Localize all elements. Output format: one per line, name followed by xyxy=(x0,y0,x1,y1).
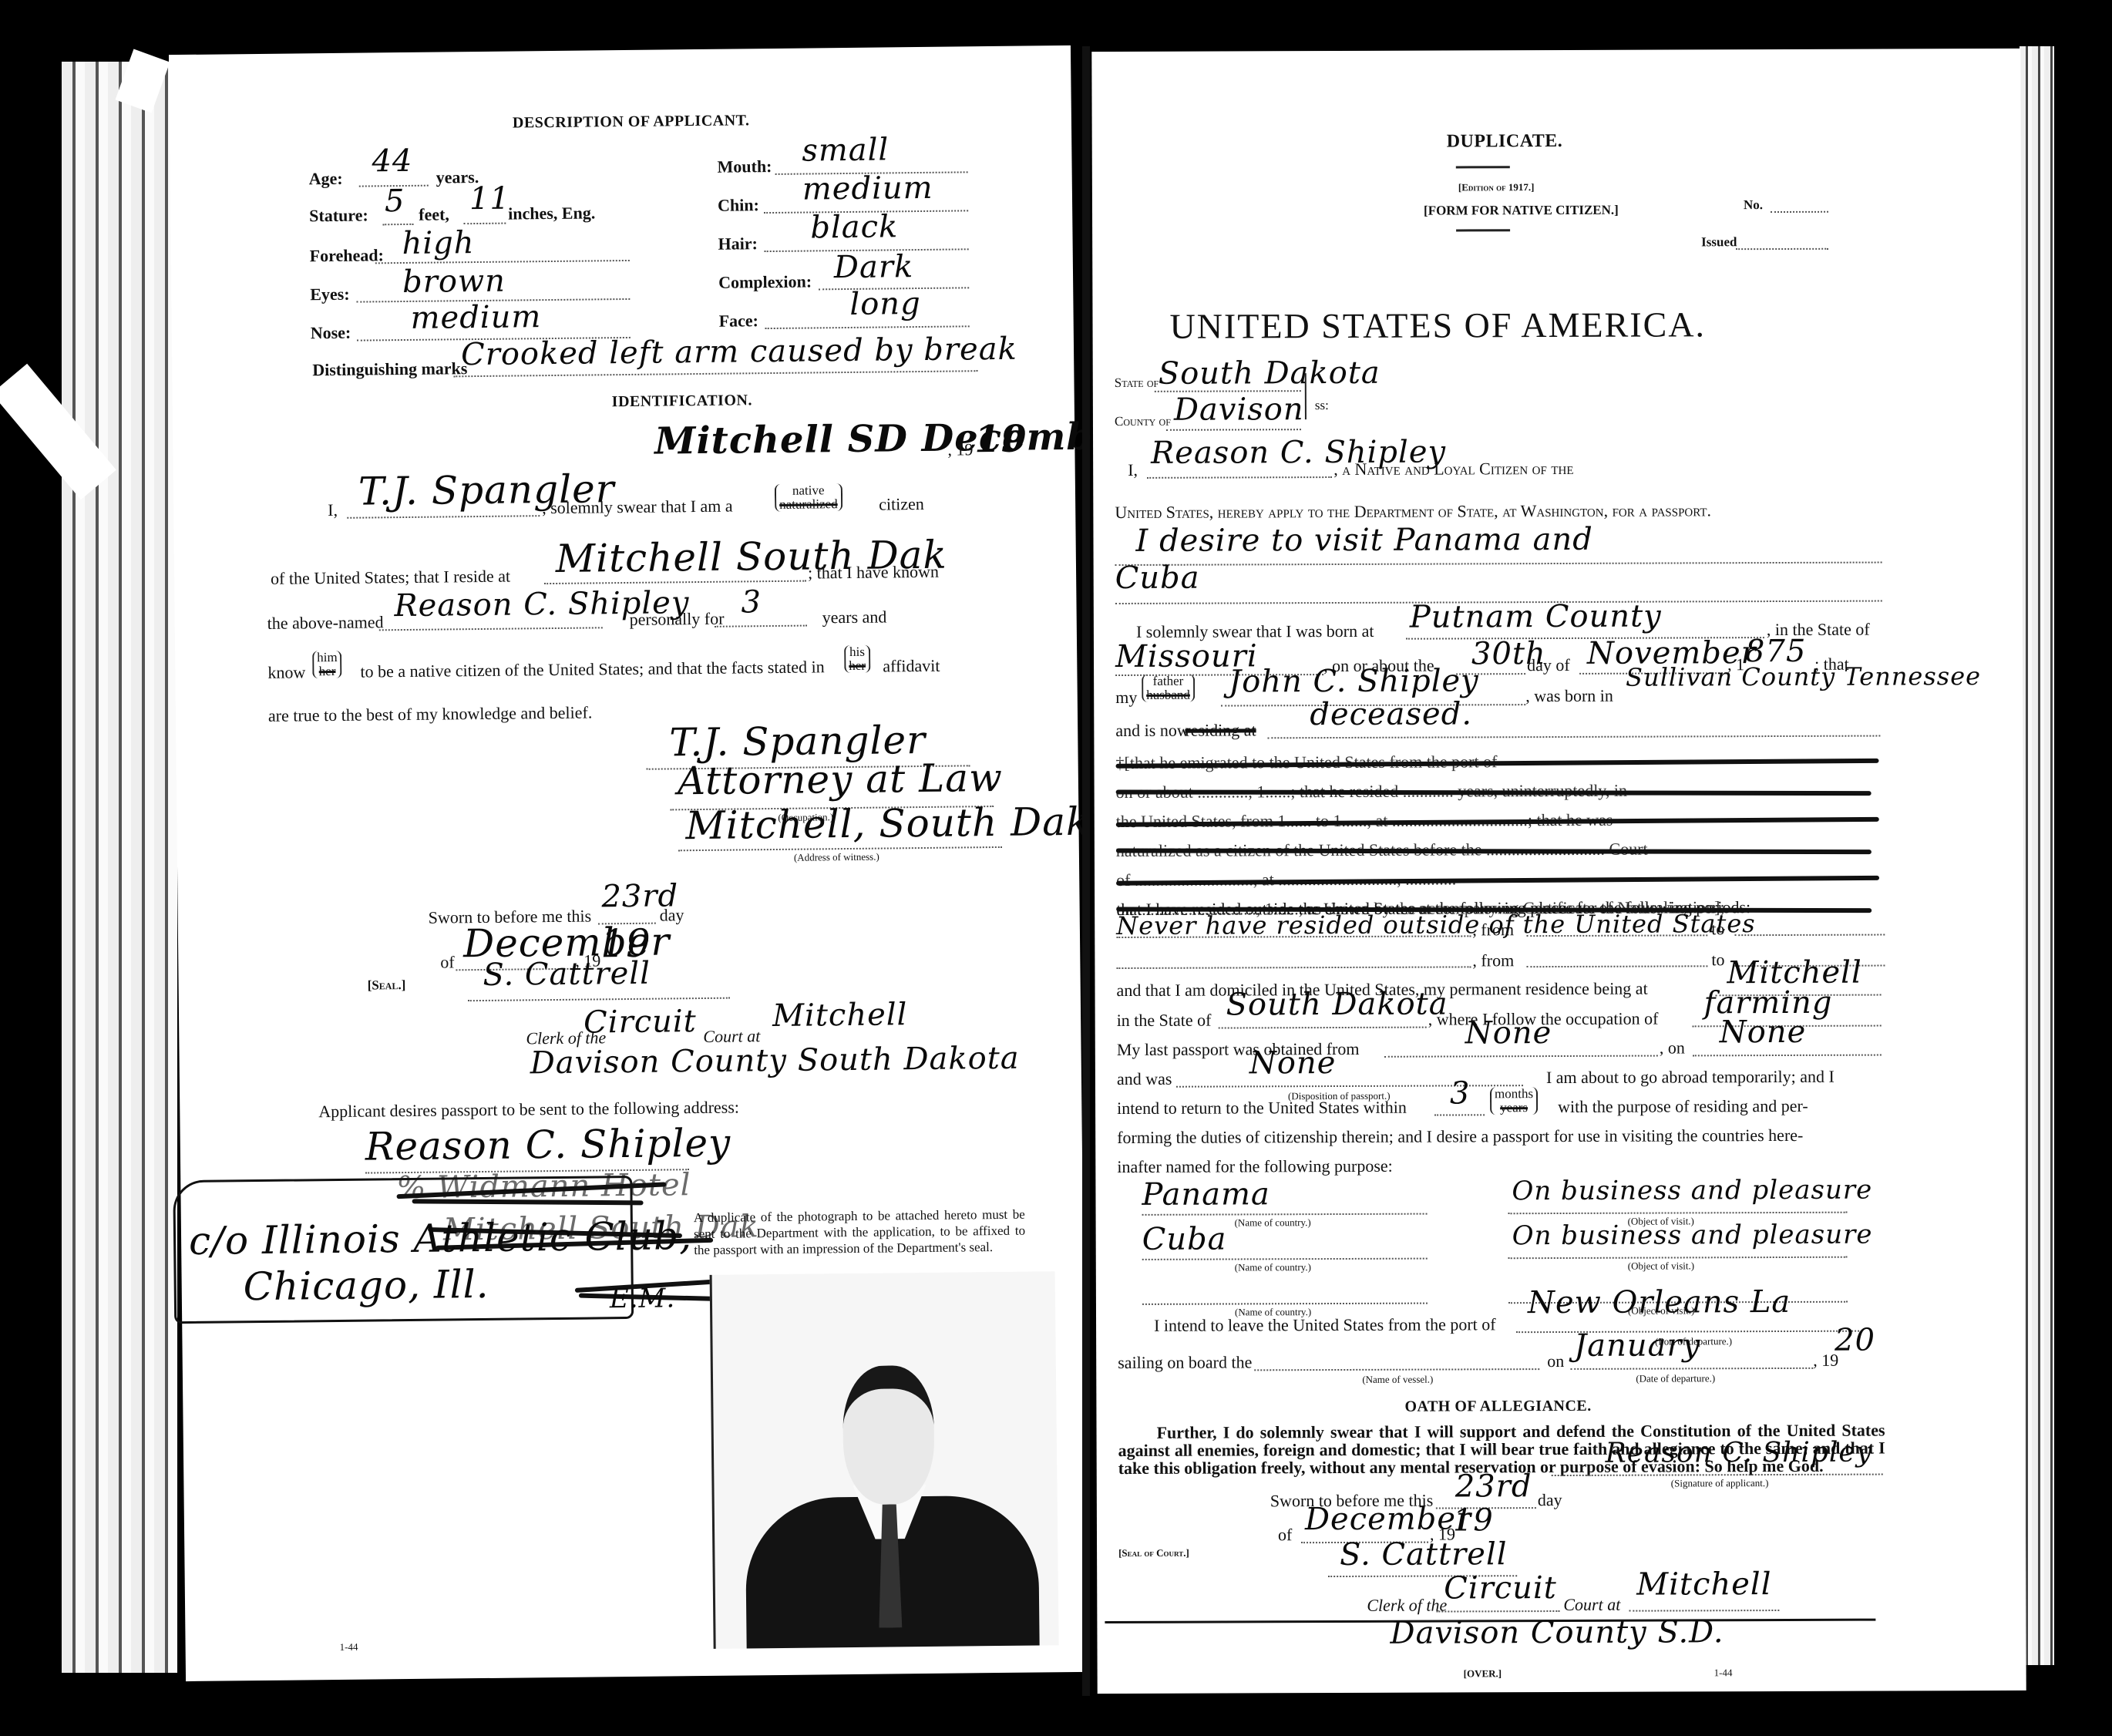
edition-label: [Edition of 1917.] xyxy=(1458,181,1535,193)
above-named-label: the above-named xyxy=(267,612,384,634)
new-address-line-2[interactable]: Chicago, Ill. xyxy=(243,1262,489,1309)
object-field[interactable]: On business and pleasure xyxy=(1512,1220,1873,1252)
from-word-2: , from xyxy=(1472,950,1514,971)
form-type-label: [FORM FOR NATIVE CITIZEN.] xyxy=(1424,203,1619,219)
seal-of-court-label: [Seal of Court.] xyxy=(1118,1547,1189,1559)
inches-label: inches, Eng. xyxy=(508,203,595,224)
age-field[interactable]: 44 xyxy=(372,143,412,180)
return-prefix: intend to return to the United States wi… xyxy=(1117,1098,1407,1119)
date-caption: (Date of departure.) xyxy=(1636,1372,1715,1384)
country-field[interactable]: Cuba xyxy=(1142,1222,1227,1257)
residence-suffix: ; that I have known xyxy=(808,562,939,584)
identification-heading: IDENTIFICATION. xyxy=(612,392,752,411)
and-was-label: and was xyxy=(1117,1069,1172,1089)
purpose-line-2[interactable]: Cuba xyxy=(1115,560,1200,596)
to-word-1: to xyxy=(1711,919,1724,939)
court-county-field-right[interactable]: Davison County S.D. xyxy=(1390,1614,1724,1651)
swear-text: , solemnly swear that I am a xyxy=(542,496,733,519)
sworn-of-word-right: of xyxy=(1278,1525,1292,1545)
father-husband-brace: fatherhusband xyxy=(1142,675,1195,702)
disposition-field[interactable]: None xyxy=(1249,1045,1337,1081)
birth-place-field[interactable]: Putnam County xyxy=(1410,599,1662,635)
state-label: State of xyxy=(1115,375,1159,391)
applicant-photo xyxy=(710,1271,1059,1649)
duties-text: forming the duties of citizenship therei… xyxy=(1117,1125,1803,1148)
court-place-field-right[interactable]: Mitchell xyxy=(1636,1566,1771,1603)
eyes-label: Eyes: xyxy=(310,284,350,305)
return-suffix: with the purpose of residing and per- xyxy=(1558,1096,1808,1117)
father-name-field[interactable]: John C. Shipley xyxy=(1229,663,1479,699)
him-her-brace: himher xyxy=(312,651,342,678)
purpose-line-1[interactable]: I desire to visit Panama and xyxy=(1135,522,1592,559)
last-passport-from-field[interactable]: None xyxy=(1465,1015,1552,1051)
mailing-name-field[interactable]: Reason C. Shipley xyxy=(365,1121,731,1169)
i-label: I, xyxy=(328,500,338,520)
sworn-of-word: of xyxy=(440,952,455,972)
my-word: my xyxy=(1115,688,1137,708)
witness-address-field[interactable]: Mitchell, South Dak xyxy=(685,799,1090,848)
description-heading: DESCRIPTION OF APPLICANT. xyxy=(513,112,750,132)
marks-field[interactable]: Crooked left arm caused by break xyxy=(461,331,1017,373)
years-and-label: years and xyxy=(822,607,887,627)
native-citizen-text: to be a native citizen of the United Sta… xyxy=(360,657,825,681)
forehead-label: Forehead: xyxy=(310,245,384,266)
duplicate-heading: DUPLICATE. xyxy=(1447,131,1563,153)
object-caption: (Object of visit.) xyxy=(1628,1260,1694,1272)
to-word-2: to xyxy=(1711,950,1724,970)
residence-prefix: of the United States; that I reside at xyxy=(271,567,510,589)
object-line xyxy=(1508,1257,1848,1260)
county-label: County of xyxy=(1115,414,1171,429)
face-field[interactable]: long xyxy=(849,286,921,322)
court-county-field[interactable]: Davison County South Dakota xyxy=(530,1041,1019,1082)
vessel-caption: (Name of vessel.) xyxy=(1362,1374,1433,1386)
applicant-i-label: I, xyxy=(1128,460,1138,480)
chin-label: Chin: xyxy=(718,195,759,216)
issued-label: Issued xyxy=(1701,234,1737,250)
mouth-label: Mouth: xyxy=(717,156,772,177)
stature-inches-field[interactable]: 11 xyxy=(469,181,510,217)
court-place-field[interactable]: Mitchell xyxy=(772,997,908,1034)
knowledge-belief-text: are true to the best of my knowledge and… xyxy=(268,702,593,725)
face-label: Face: xyxy=(719,311,759,331)
years-known-field[interactable]: 3 xyxy=(741,584,762,620)
court-at-label-right: Court at xyxy=(1563,1595,1620,1615)
country-line xyxy=(1142,1258,1428,1260)
initials: E.M. xyxy=(610,1283,676,1314)
country-field[interactable]: Panama xyxy=(1142,1176,1270,1213)
now-label: and is now xyxy=(1115,721,1189,741)
port-field[interactable]: New Orleans La xyxy=(1528,1284,1791,1321)
on-word: , on xyxy=(1660,1038,1685,1058)
her-option: her xyxy=(319,664,336,678)
purpose-text: inafter named for the following purpose: xyxy=(1117,1156,1392,1177)
sailing-prefix: sailing on board the xyxy=(1118,1352,1252,1373)
months-option: months xyxy=(1495,1086,1533,1101)
years-option: years xyxy=(1500,1100,1528,1115)
father-birthplace-field[interactable]: Sullivan County Tennessee xyxy=(1626,661,1981,692)
native-option: native xyxy=(792,483,825,497)
right-page: DUPLICATE. [Edition of 1917.] [FORM FOR … xyxy=(1091,49,2026,1694)
identification-year-prefix: , 19 xyxy=(947,439,973,459)
age-label: Age: xyxy=(309,169,343,189)
sworn-day-field-right[interactable]: 23rd xyxy=(1455,1469,1532,1504)
mouth-field[interactable]: small xyxy=(802,132,889,168)
clerk-signature-right[interactable]: S. Cattrell xyxy=(1340,1536,1508,1573)
country-line xyxy=(1142,1213,1428,1216)
witness-occupation-field[interactable]: Attorney at Law xyxy=(678,755,1004,803)
county-field[interactable]: Davison xyxy=(1174,392,1304,428)
object-line xyxy=(1508,1212,1848,1215)
months-years-brace: monthsyears xyxy=(1490,1087,1538,1115)
identification-year[interactable]: 19 xyxy=(974,418,1027,462)
domicile-state-field[interactable]: South Dakota xyxy=(1226,987,1448,1023)
departure-year-field[interactable]: 20 xyxy=(1835,1323,1875,1358)
father-status-field[interactable]: deceased. xyxy=(1310,696,1472,732)
born-in-label: , was born in xyxy=(1525,686,1613,706)
state-prefix: in the State of xyxy=(1117,1011,1212,1031)
citizen-word: citizen xyxy=(879,494,924,515)
eyes-field[interactable]: brown xyxy=(402,264,506,300)
clerk-signature[interactable]: S. Cattrell xyxy=(483,956,651,993)
forehead-field[interactable]: high xyxy=(402,225,474,261)
no-label: No. xyxy=(1744,197,1763,213)
sworn-year-field-right[interactable]: 19 xyxy=(1453,1502,1494,1538)
chin-field[interactable]: medium xyxy=(802,170,933,207)
native-naturalized-brace: nativenaturalized xyxy=(775,483,842,512)
clerk-label-right: Clerk of the xyxy=(1367,1596,1447,1616)
naturalized-option: naturalized xyxy=(779,496,838,512)
hair-label: Hair: xyxy=(718,234,758,254)
court-type-field-right[interactable]: Circuit xyxy=(1444,1570,1557,1606)
him-option: him xyxy=(317,650,338,664)
complexion-label: Complexion: xyxy=(718,271,812,292)
feet-label: feet, xyxy=(419,204,449,224)
country-title: UNITED STATES OF AMERICA. xyxy=(1169,304,1706,346)
father-option: father xyxy=(1153,674,1184,688)
nose-label: Nose: xyxy=(311,323,351,344)
countries-list: PanamaOn business and pleasure(Name of c… xyxy=(1091,49,2020,52)
departure-on-word: on xyxy=(1547,1351,1564,1371)
last-passport-on-field[interactable]: None xyxy=(1720,1014,1807,1050)
marks-label: Distinguishing marks xyxy=(312,358,467,380)
her-option-2: her xyxy=(849,658,866,673)
nose-field[interactable]: medium xyxy=(410,299,541,336)
abroad-text: I am about to go abroad temporarily; and… xyxy=(1546,1067,1835,1088)
mailing-label: Applicant desires passport to be sent to… xyxy=(318,1098,739,1122)
affidavit-word: affidavit xyxy=(883,656,940,677)
day-of-label: day of xyxy=(1527,655,1570,675)
court-type-field[interactable]: Circuit xyxy=(583,1004,697,1041)
apply-text: United States, hereby apply to the Depar… xyxy=(1115,500,1711,523)
sworn-day-word-right: day xyxy=(1538,1490,1562,1510)
applicant-signature[interactable]: Reason C. Shipley xyxy=(1606,1437,1873,1469)
struck-naturalization-block: †[that he emigrated to the United States… xyxy=(1091,49,2020,52)
complexion-field[interactable]: Dark xyxy=(834,249,914,285)
husband-option: husband xyxy=(1146,688,1190,702)
signature-caption: (Signature of applicant.) xyxy=(1671,1477,1769,1489)
ss-label: ss: xyxy=(1315,398,1329,413)
book-spine xyxy=(1082,46,1090,1696)
right-footer-mark: 1-44 xyxy=(1714,1667,1733,1679)
native-loyal-text: , a Native and Loyal Citizen of the xyxy=(1333,459,1573,479)
departure-date-field[interactable]: January xyxy=(1574,1327,1700,1364)
stature-label: Stature: xyxy=(309,205,368,226)
hair-field[interactable]: black xyxy=(810,209,898,245)
from-word-1: , from xyxy=(1472,920,1514,940)
port-prefix: I intend to leave the United States from… xyxy=(1154,1314,1496,1336)
seal-label: [Seal.] xyxy=(368,977,406,994)
personally-for-label: personally for xyxy=(630,609,725,630)
over-label: [OVER.] xyxy=(1464,1667,1502,1680)
country-caption: (Name of country.) xyxy=(1235,1216,1311,1229)
new-address-line-1[interactable]: c/o Illinois Athletic Club, xyxy=(189,1213,692,1263)
left-page: DESCRIPTION OF APPLICANT. Age: 44 years.… xyxy=(169,45,1088,1681)
residing-struck: residing at xyxy=(1185,720,1256,740)
left-footer-mark: 1-44 xyxy=(340,1641,358,1654)
his-her-brace: hisher xyxy=(844,645,870,673)
address-caption: (Address of witness.) xyxy=(794,851,879,864)
stature-feet-field[interactable]: 5 xyxy=(385,183,405,219)
book-edge-left xyxy=(62,62,177,1673)
oath-heading: OATH OF ALLEGIANCE. xyxy=(1404,1398,1591,1416)
state-field[interactable]: South Dakota xyxy=(1159,355,1381,392)
his-option: his xyxy=(849,644,865,659)
photo-instruction: A duplicate of the photograph to be atta… xyxy=(694,1206,1026,1258)
country-caption: (Name of country.) xyxy=(1235,1261,1311,1273)
country-line xyxy=(1142,1303,1428,1305)
know-word: know xyxy=(267,662,305,683)
object-field[interactable]: On business and pleasure xyxy=(1512,1175,1872,1207)
return-field[interactable]: 3 xyxy=(1450,1075,1471,1111)
